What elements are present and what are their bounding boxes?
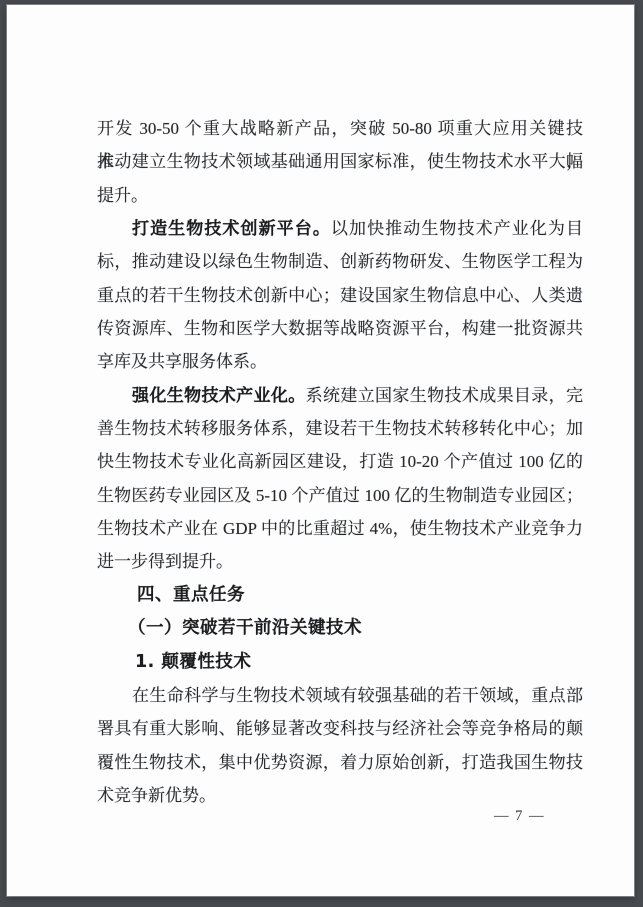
page-number: — 7 — [494, 808, 545, 825]
heading-line: 1. 颠覆性技术 [97, 646, 583, 679]
document-lines: 开发 30-50 个重大战略新产品，突破 50-80 项重大应用关键技术，推动建… [97, 112, 583, 812]
heading-line: 四、重点任务 [97, 579, 583, 612]
text-line: 生物技术产业在 GDP 中的比重超过 4%，使生物技术产业竞争力 [97, 512, 583, 545]
text-line: 标，推动建设以绿色生物制造、创新药物研发、生物医学工程为 [97, 245, 583, 278]
text-line: 享库及共享服务体系。 [97, 345, 583, 378]
text-line: 提升。 [97, 179, 583, 212]
text-line: 传资源库、生物和医学大数据等战略资源平台，构建一批资源共 [97, 312, 583, 345]
text-line: 署具有重大影响、能够显著改变科技与经济社会等竞争格局的颠 [97, 712, 583, 745]
bold-lead-in: 打造生物技术创新平台。 [132, 219, 331, 238]
text-line: 打造生物技术创新平台。以加快推动生物技术产业化为目 [97, 212, 583, 245]
text-line: 在生命科学与生物技术领域有较强基础的若干领域，重点部 [97, 679, 583, 712]
bold-lead-in: 强化生物技术产业化。 [132, 386, 306, 405]
text-line: 进一步得到提升。 [97, 545, 583, 578]
text-line: 强化生物技术产业化。系统建立国家生物技术成果目录，完 [97, 379, 583, 412]
text-line: 善生物技术转移服务体系，建设若干生物技术转移转化中心；加 [97, 412, 583, 445]
scan-viewer-background: 开发 30-50 个重大战略新产品，突破 50-80 项重大应用关键技术，推动建… [0, 0, 643, 907]
text-line: 推动建立生物技术领域基础通用国家标准，使生物技术水平大幅 [97, 145, 583, 178]
text-line: 重点的若干生物技术创新中心；建设国家生物信息中心、人类遗 [97, 279, 583, 312]
text-line: 快生物技术专业化高新园区建设，打造 10-20 个产值过 100 亿的 [97, 445, 583, 478]
document-page: 开发 30-50 个重大战略新产品，突破 50-80 项重大应用关键技术，推动建… [7, 5, 634, 896]
text-line: 生物医药专业园区及 5-10 个产值过 100 亿的生物制造专业园区； [97, 479, 583, 512]
heading-line: （一）突破若干前沿关键技术 [97, 612, 583, 645]
text-line: 覆性生物技术，集中优势资源，着力原始创新，打造我国生物技 [97, 746, 583, 779]
text-line: 开发 30-50 个重大战略新产品，突破 50-80 项重大应用关键技术， [97, 112, 583, 145]
